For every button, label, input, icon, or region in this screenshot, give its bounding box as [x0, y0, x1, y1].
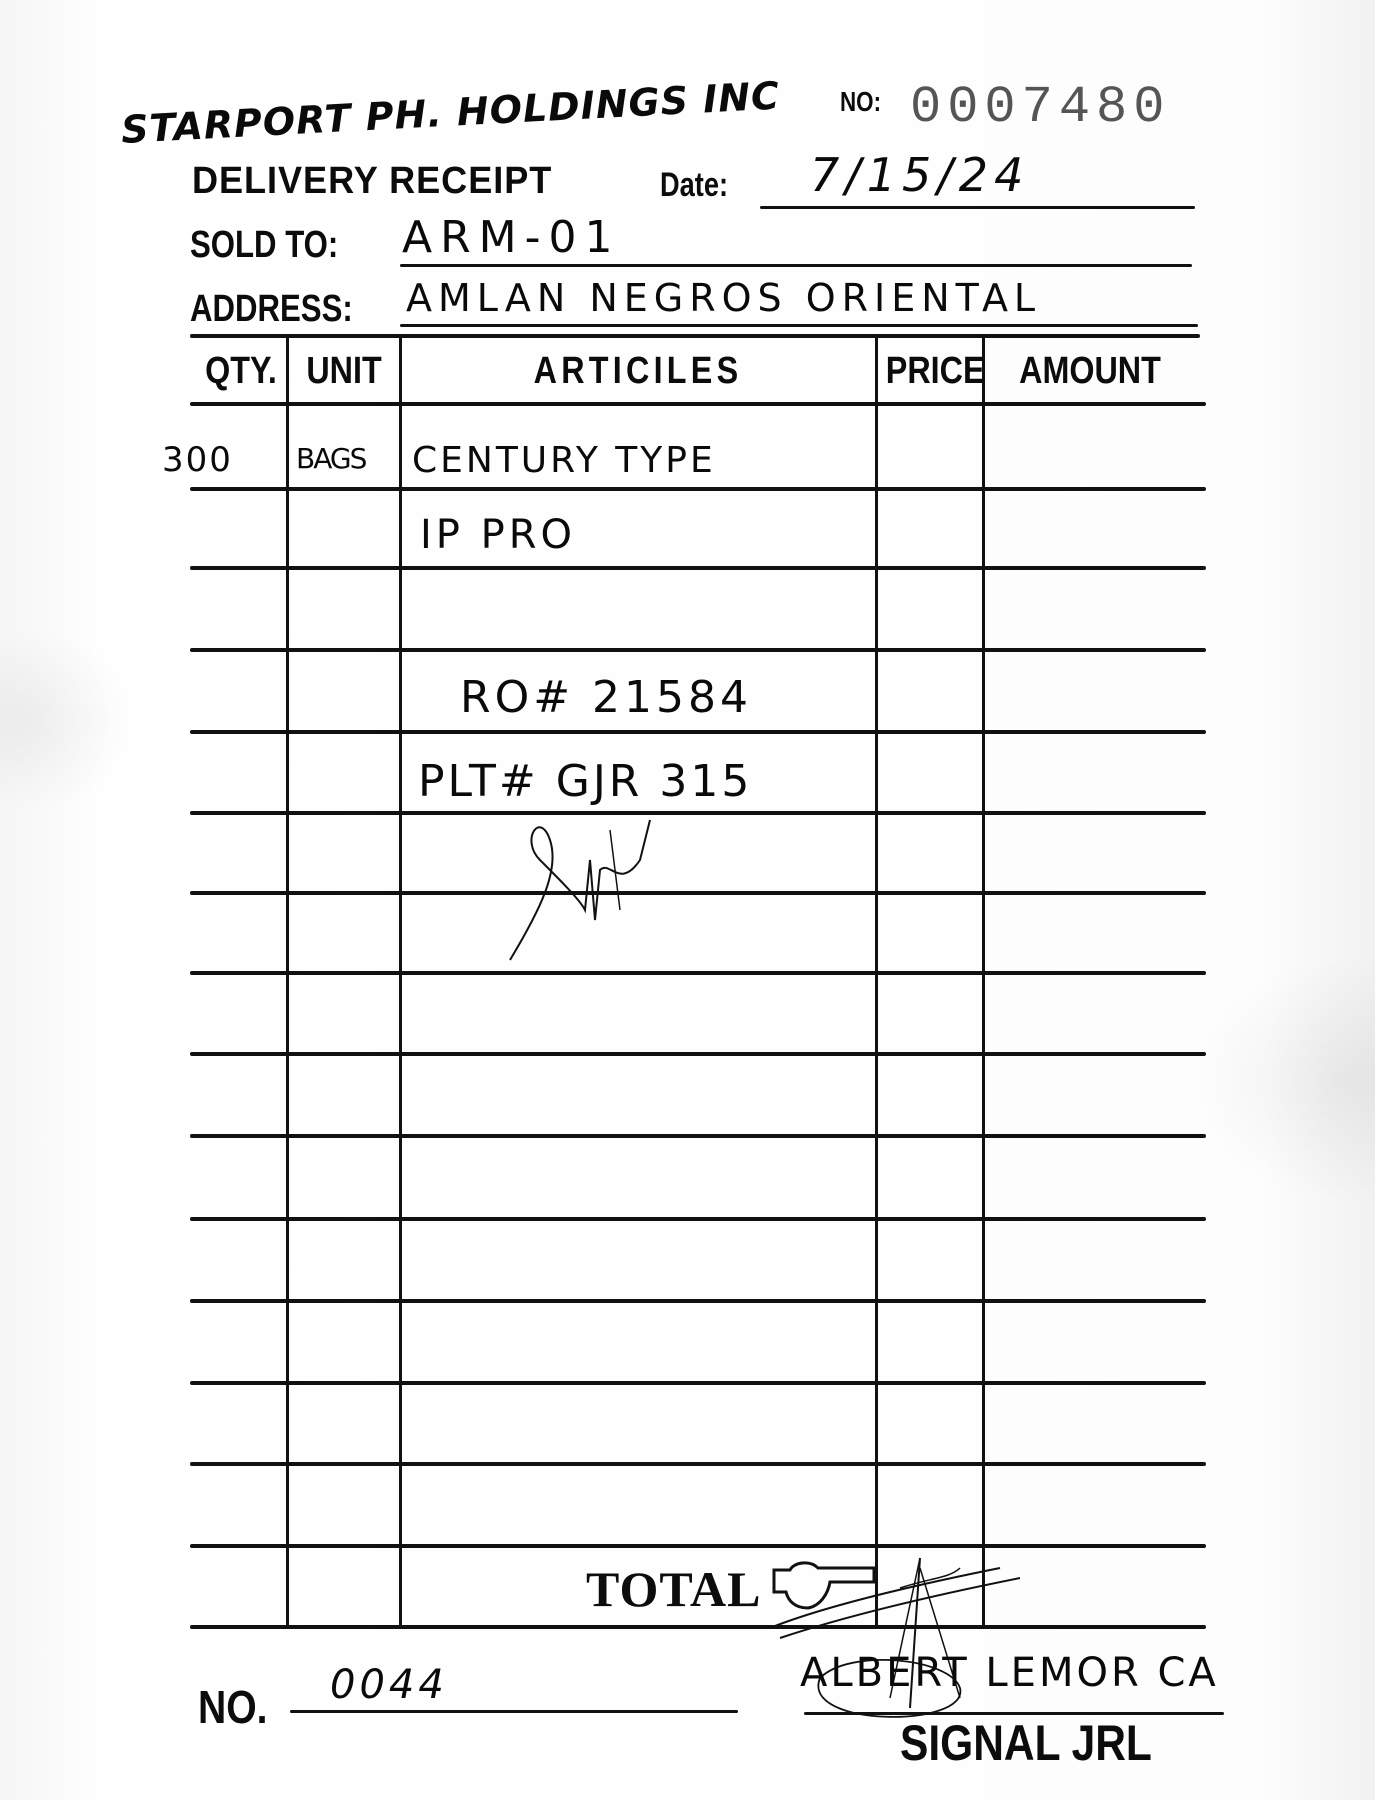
- row-1-qty: 300: [162, 440, 233, 480]
- received-by-caption: SIGNAL JRL: [900, 1714, 1152, 1772]
- column-divider-price-amount: [982, 336, 985, 1626]
- table-bottom-line: [190, 1625, 1206, 1629]
- row-line: [190, 730, 1206, 734]
- row-4-article: RO# 21584: [460, 672, 752, 723]
- address-value: AMLAN NEGROS ORIENTAL: [406, 276, 1041, 320]
- row-1-article: CENTURY TYPE: [412, 440, 716, 481]
- date-label: Date:: [660, 166, 728, 205]
- column-header-price: PRICE: [886, 350, 974, 393]
- table-top-border: [190, 334, 1200, 338]
- column-header-amount: AMOUNT: [1001, 350, 1180, 393]
- checker-signature: [500, 800, 800, 970]
- row-line: [190, 1134, 1206, 1138]
- sold-to-underline: [400, 264, 1192, 267]
- row-line: [190, 566, 1206, 570]
- header-bottom-line: [190, 402, 1206, 406]
- row-line: [190, 1381, 1206, 1385]
- receiver-signature: [760, 1548, 1040, 1738]
- date-underline: [760, 206, 1195, 209]
- date-value: 7/15/24: [810, 148, 1029, 202]
- address-underline: [400, 324, 1198, 327]
- total-label: TOTAL: [586, 1560, 761, 1618]
- row-line: [190, 1462, 1206, 1466]
- row-line: [190, 1299, 1206, 1303]
- row-line: [190, 1544, 1206, 1548]
- row-line: [190, 971, 1206, 975]
- column-header-qty: QTY.: [203, 350, 280, 393]
- row-1-unit: BAGS: [296, 442, 365, 475]
- sold-to-value: ARM-01: [402, 212, 621, 263]
- row-2-article: IP PRO: [420, 512, 576, 558]
- column-header-articles: ARTICILES: [437, 350, 838, 393]
- receipt-number-label: NO:: [840, 86, 881, 118]
- received-by-name: ALBERT LEMOR CA: [800, 1650, 1219, 1696]
- footer-number-value: 0044: [330, 1662, 448, 1708]
- address-label: ADDRESS:: [190, 288, 353, 331]
- column-header-unit: UNIT: [298, 350, 390, 393]
- row-line: [190, 1217, 1206, 1221]
- row-line: [190, 1052, 1206, 1056]
- sold-to-label: SOLD TO:: [190, 224, 338, 267]
- column-divider-articles-price: [875, 336, 878, 1626]
- row-line: [190, 648, 1206, 652]
- receipt-number: 0007480: [910, 78, 1170, 137]
- row-line: [190, 487, 1206, 491]
- column-divider-unit-articles: [399, 336, 402, 1626]
- footer-number-underline: [290, 1710, 738, 1713]
- column-divider-qty-unit: [286, 336, 289, 1626]
- footer-number-label: NO.: [198, 1680, 268, 1734]
- document-title: DELIVERY RECEIPT: [192, 160, 552, 203]
